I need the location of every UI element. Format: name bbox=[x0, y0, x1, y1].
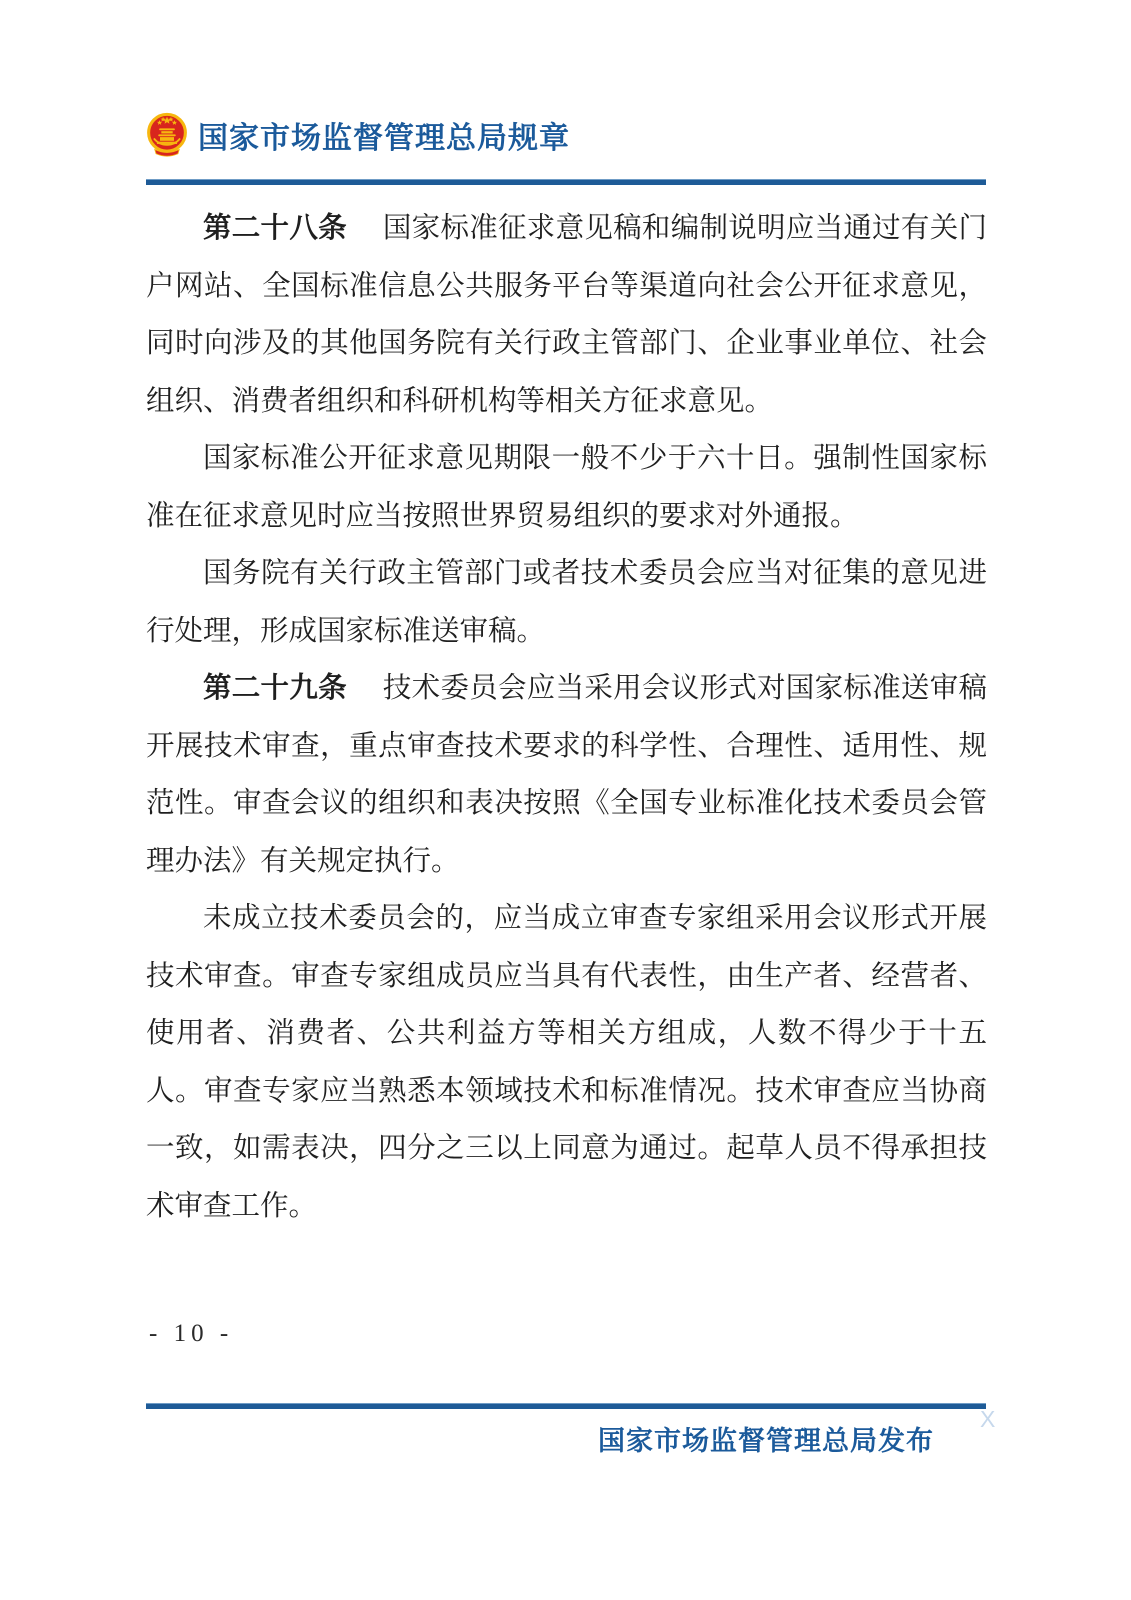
page-title: 国家市场监督管理总局规章 bbox=[198, 113, 570, 157]
article-paragraph: 第二十九条技术委员会应当采用会议形式对国家标准送审稿开展技术审查，重点审查技术要… bbox=[146, 660, 987, 890]
header-divider bbox=[146, 179, 986, 185]
page: 国家市场监督管理总局规章 第二十八条国家标准征求意见稿和编制说明应当通过有关门户… bbox=[0, 0, 1131, 1600]
article-number: 第二十八条 bbox=[203, 213, 347, 244]
article-paragraph: 国家标准公开征求意见期限一般不少于六十日。强制性国家标准在征求意见时应当按照世界… bbox=[146, 430, 987, 545]
publisher-line: 国家市场监督管理总局发布 bbox=[146, 1419, 934, 1458]
scan-artifact-x: X bbox=[980, 1406, 995, 1433]
article-number: 第二十九条 bbox=[203, 673, 347, 704]
paragraph-text: 国家标准公开征求意见期限一般不少于六十日。强制性国家标准在征求意见时应当按照世界… bbox=[146, 443, 987, 532]
china-national-emblem-icon bbox=[146, 111, 188, 158]
header: 国家市场监督管理总局规章 bbox=[146, 111, 570, 158]
paragraph-text: 国务院有关行政主管部门或者技术委员会应当对征集的意见进行处理，形成国家标准送审稿… bbox=[146, 558, 987, 647]
article-paragraph: 未成立技术委员会的，应当成立审查专家组采用会议形式开展技术审查。审查专家组成员应… bbox=[146, 890, 987, 1235]
article-paragraph: 第二十八条国家标准征求意见稿和编制说明应当通过有关门户网站、全国标准信息公共服务… bbox=[146, 200, 987, 430]
page-number: - 10 - bbox=[149, 1320, 233, 1348]
footer-divider bbox=[146, 1403, 986, 1409]
paragraph-text: 未成立技术委员会的，应当成立审查专家组采用会议形式开展技术审查。审查专家组成员应… bbox=[146, 903, 987, 1222]
article-paragraph: 国务院有关行政主管部门或者技术委员会应当对征集的意见进行处理，形成国家标准送审稿… bbox=[146, 545, 987, 660]
document-body: 第二十八条国家标准征求意见稿和编制说明应当通过有关门户网站、全国标准信息公共服务… bbox=[146, 200, 987, 1235]
